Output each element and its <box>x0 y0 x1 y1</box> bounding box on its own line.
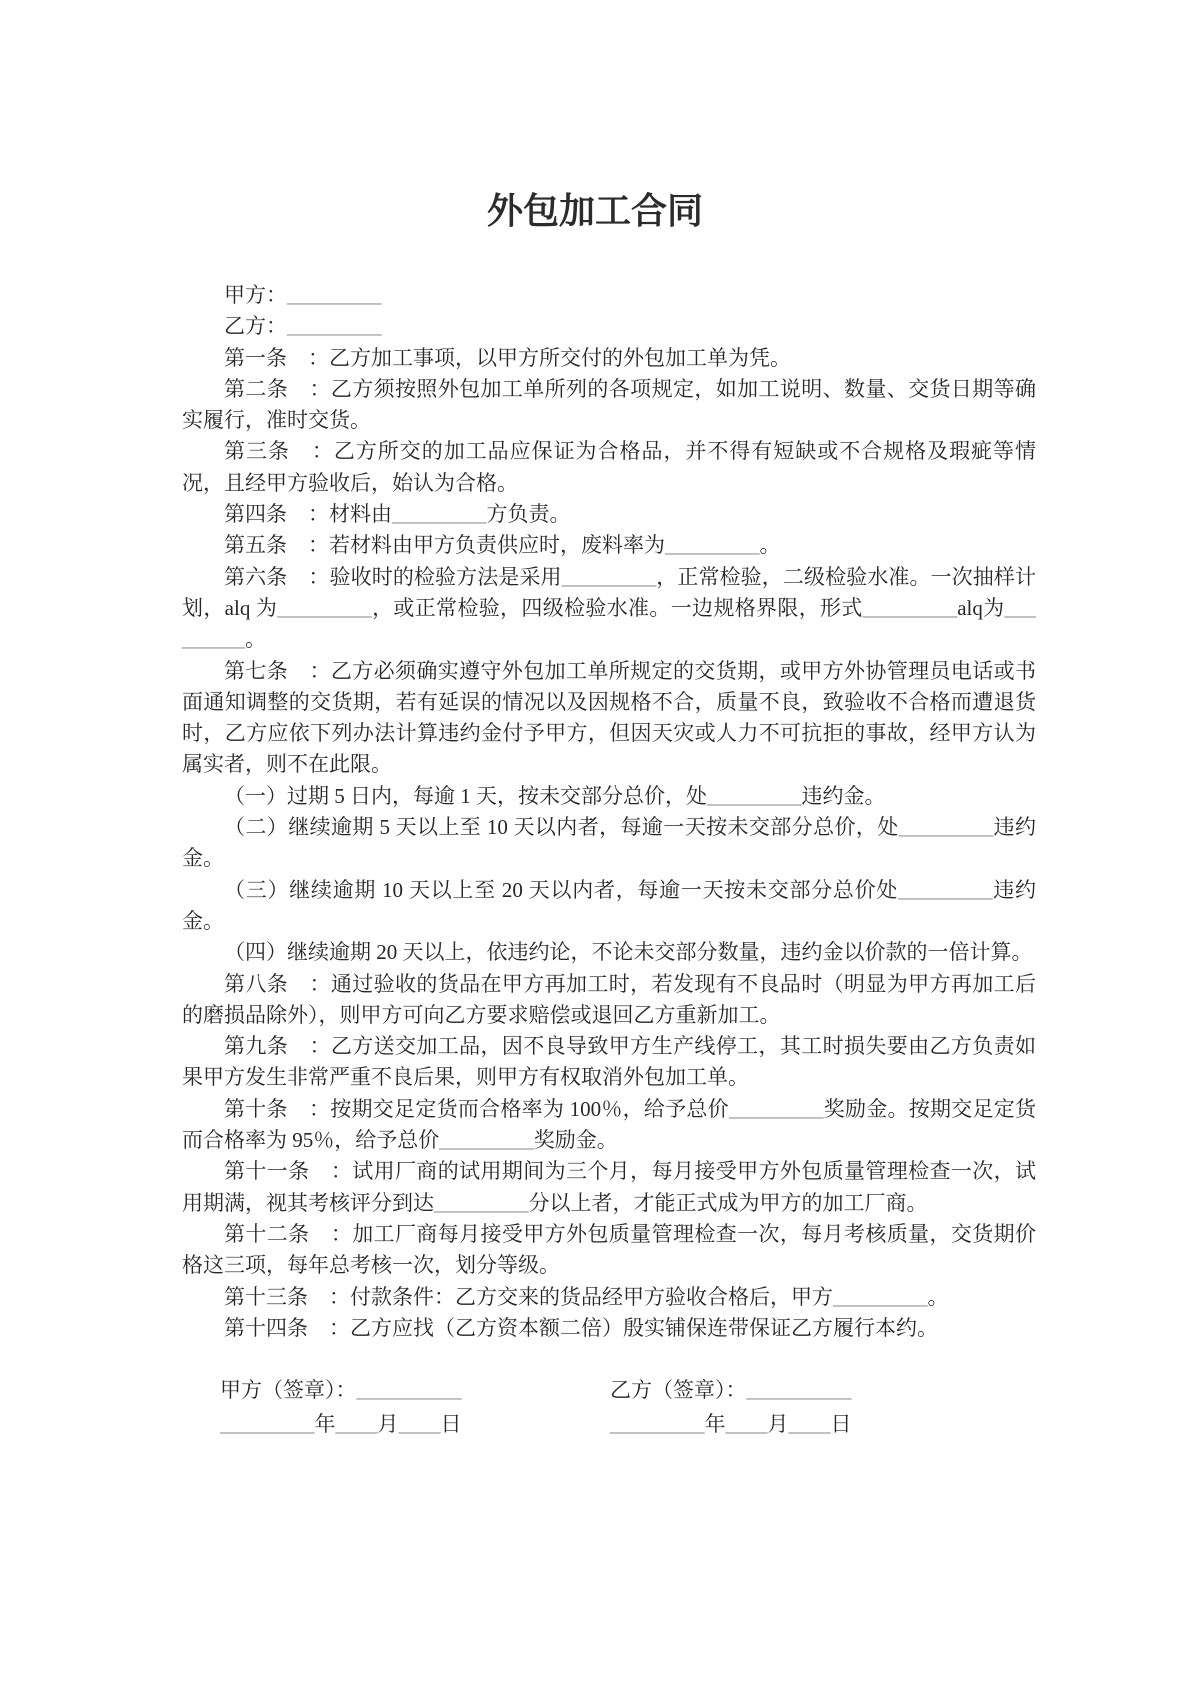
blank-underline: ____ <box>399 1412 441 1436</box>
blank-underline: _________ <box>833 1285 928 1309</box>
blank-underline: _________ <box>707 784 802 808</box>
party-a-seal-line: 甲方（签章）：__________ <box>182 1373 572 1407</box>
contract-paragraph: 第二条 ：乙方须按照外包加工单所列的各项规定，如加工说明、数量、交货日期等确实履… <box>182 374 1036 437</box>
blank-underline: _________ <box>665 533 760 557</box>
blank-underline: ____ <box>336 1412 378 1436</box>
contract-paragraph: 第八条 ：通过验收的货品在甲方再加工时，若发现有不良品时（明显为甲方再加工后的磨… <box>182 969 1036 1032</box>
blank-underline: _________ <box>287 314 382 338</box>
contract-paragraph: （四）继续逾期 20 天以上，依违约论，不论未交部分数量，违约金以价款的一倍计算… <box>182 937 1036 968</box>
contract-page: 外包加工合同 甲方：_________乙方：_________第一条 ：乙方加工… <box>0 0 1190 1683</box>
party-a-signature-block: 甲方（签章）：__________ _________年____月____日 <box>182 1373 572 1441</box>
blank-underline: _________ <box>729 1097 824 1121</box>
blank-underline: _________ <box>220 1412 315 1436</box>
blank-underline: _________ <box>562 565 657 589</box>
signature-section: 甲方（签章）：__________ _________年____月____日 乙… <box>182 1373 1036 1441</box>
contract-paragraph: 第五条 ：若材料由甲方负责供应时，废料率为_________。 <box>182 530 1036 561</box>
document-title: 外包加工合同 <box>0 188 1190 234</box>
contract-paragraph: （二）继续逾期 5 天以上至 10 天以内者，每逾一天按未交部分总价，处____… <box>182 812 1036 875</box>
blank-underline: _________ <box>439 1128 534 1152</box>
blank-underline: _________ <box>899 815 994 839</box>
contract-paragraph: 甲方：_________ <box>182 280 1036 311</box>
blank-underline: __________ <box>747 1378 852 1402</box>
blank-underline: _________ <box>610 1412 705 1436</box>
contract-paragraph: 第十一条 ：试用厂商的试用期间为三个月，每月接受甲方外包质量管理检查一次，试用期… <box>182 1156 1036 1219</box>
blank-underline: _________ <box>898 878 993 902</box>
blank-underline: _________ <box>863 596 958 620</box>
contract-paragraph: （三）继续逾期 10 天以上至 20 天以内者，每逾一天按未交部分总价处____… <box>182 875 1036 938</box>
contract-paragraph: 第四条 ：材料由_________方负责。 <box>182 499 1036 530</box>
contract-paragraph: 第一条 ：乙方加工事项，以甲方所交付的外包加工单为凭。 <box>182 343 1036 374</box>
contract-body: 甲方：_________乙方：_________第一条 ：乙方加工事项，以甲方所… <box>182 280 1036 1344</box>
party-b-signature-block: 乙方（签章）：__________ _________年____月____日 <box>572 1373 1036 1441</box>
blank-underline: __________ <box>357 1378 462 1402</box>
contract-paragraph: 第七条 ：乙方必须确实遵守外包加工单所规定的交货期，或甲方外协管理员电话或书面通… <box>182 656 1036 781</box>
party-b-date-line: _________年____月____日 <box>572 1407 1036 1441</box>
blank-underline: ____ <box>726 1412 768 1436</box>
contract-paragraph: 乙方：_________ <box>182 311 1036 342</box>
contract-paragraph: 第九条 ：乙方送交加工品，因不良导致甲方生产线停工，其工时损失要由乙方负责如果甲… <box>182 1031 1036 1094</box>
contract-paragraph: 第十三条 ：付款条件：乙方交来的货品经甲方验收合格后，甲方_________。 <box>182 1282 1036 1313</box>
blank-underline: _________ <box>287 283 382 307</box>
party-b-seal-line: 乙方（签章）：__________ <box>572 1373 1036 1407</box>
contract-paragraph: 第十四条 ：乙方应找（乙方资本额二倍）殷实铺保连带保证乙方履行本约。 <box>182 1313 1036 1344</box>
contract-paragraph: 第三条 ：乙方所交的加工品应保证为合格品，并不得有短缺或不合规格及瑕疵等情况，且… <box>182 436 1036 499</box>
contract-paragraph: （一）过期 5 日内，每逾 1 天，按未交部分总价，处_________违约金。 <box>182 781 1036 812</box>
contract-paragraph: 第六条 ：验收时的检验方法是采用_________，正常检验，二级检验水准。一次… <box>182 562 1036 656</box>
contract-paragraph: 第十二条 ：加工厂商每月接受甲方外包质量管理检查一次，每月考核质量，交货期价格这… <box>182 1219 1036 1282</box>
contract-paragraph: 第十条 ：按期交足定货而合格率为 100％，给予总价_________奖励金。按… <box>182 1094 1036 1157</box>
blank-underline: _________ <box>392 502 487 526</box>
blank-underline: ____ <box>789 1412 831 1436</box>
blank-underline: _________ <box>277 596 372 620</box>
blank-underline: _________ <box>434 1191 529 1215</box>
party-a-date-line: _________年____月____日 <box>182 1407 572 1441</box>
